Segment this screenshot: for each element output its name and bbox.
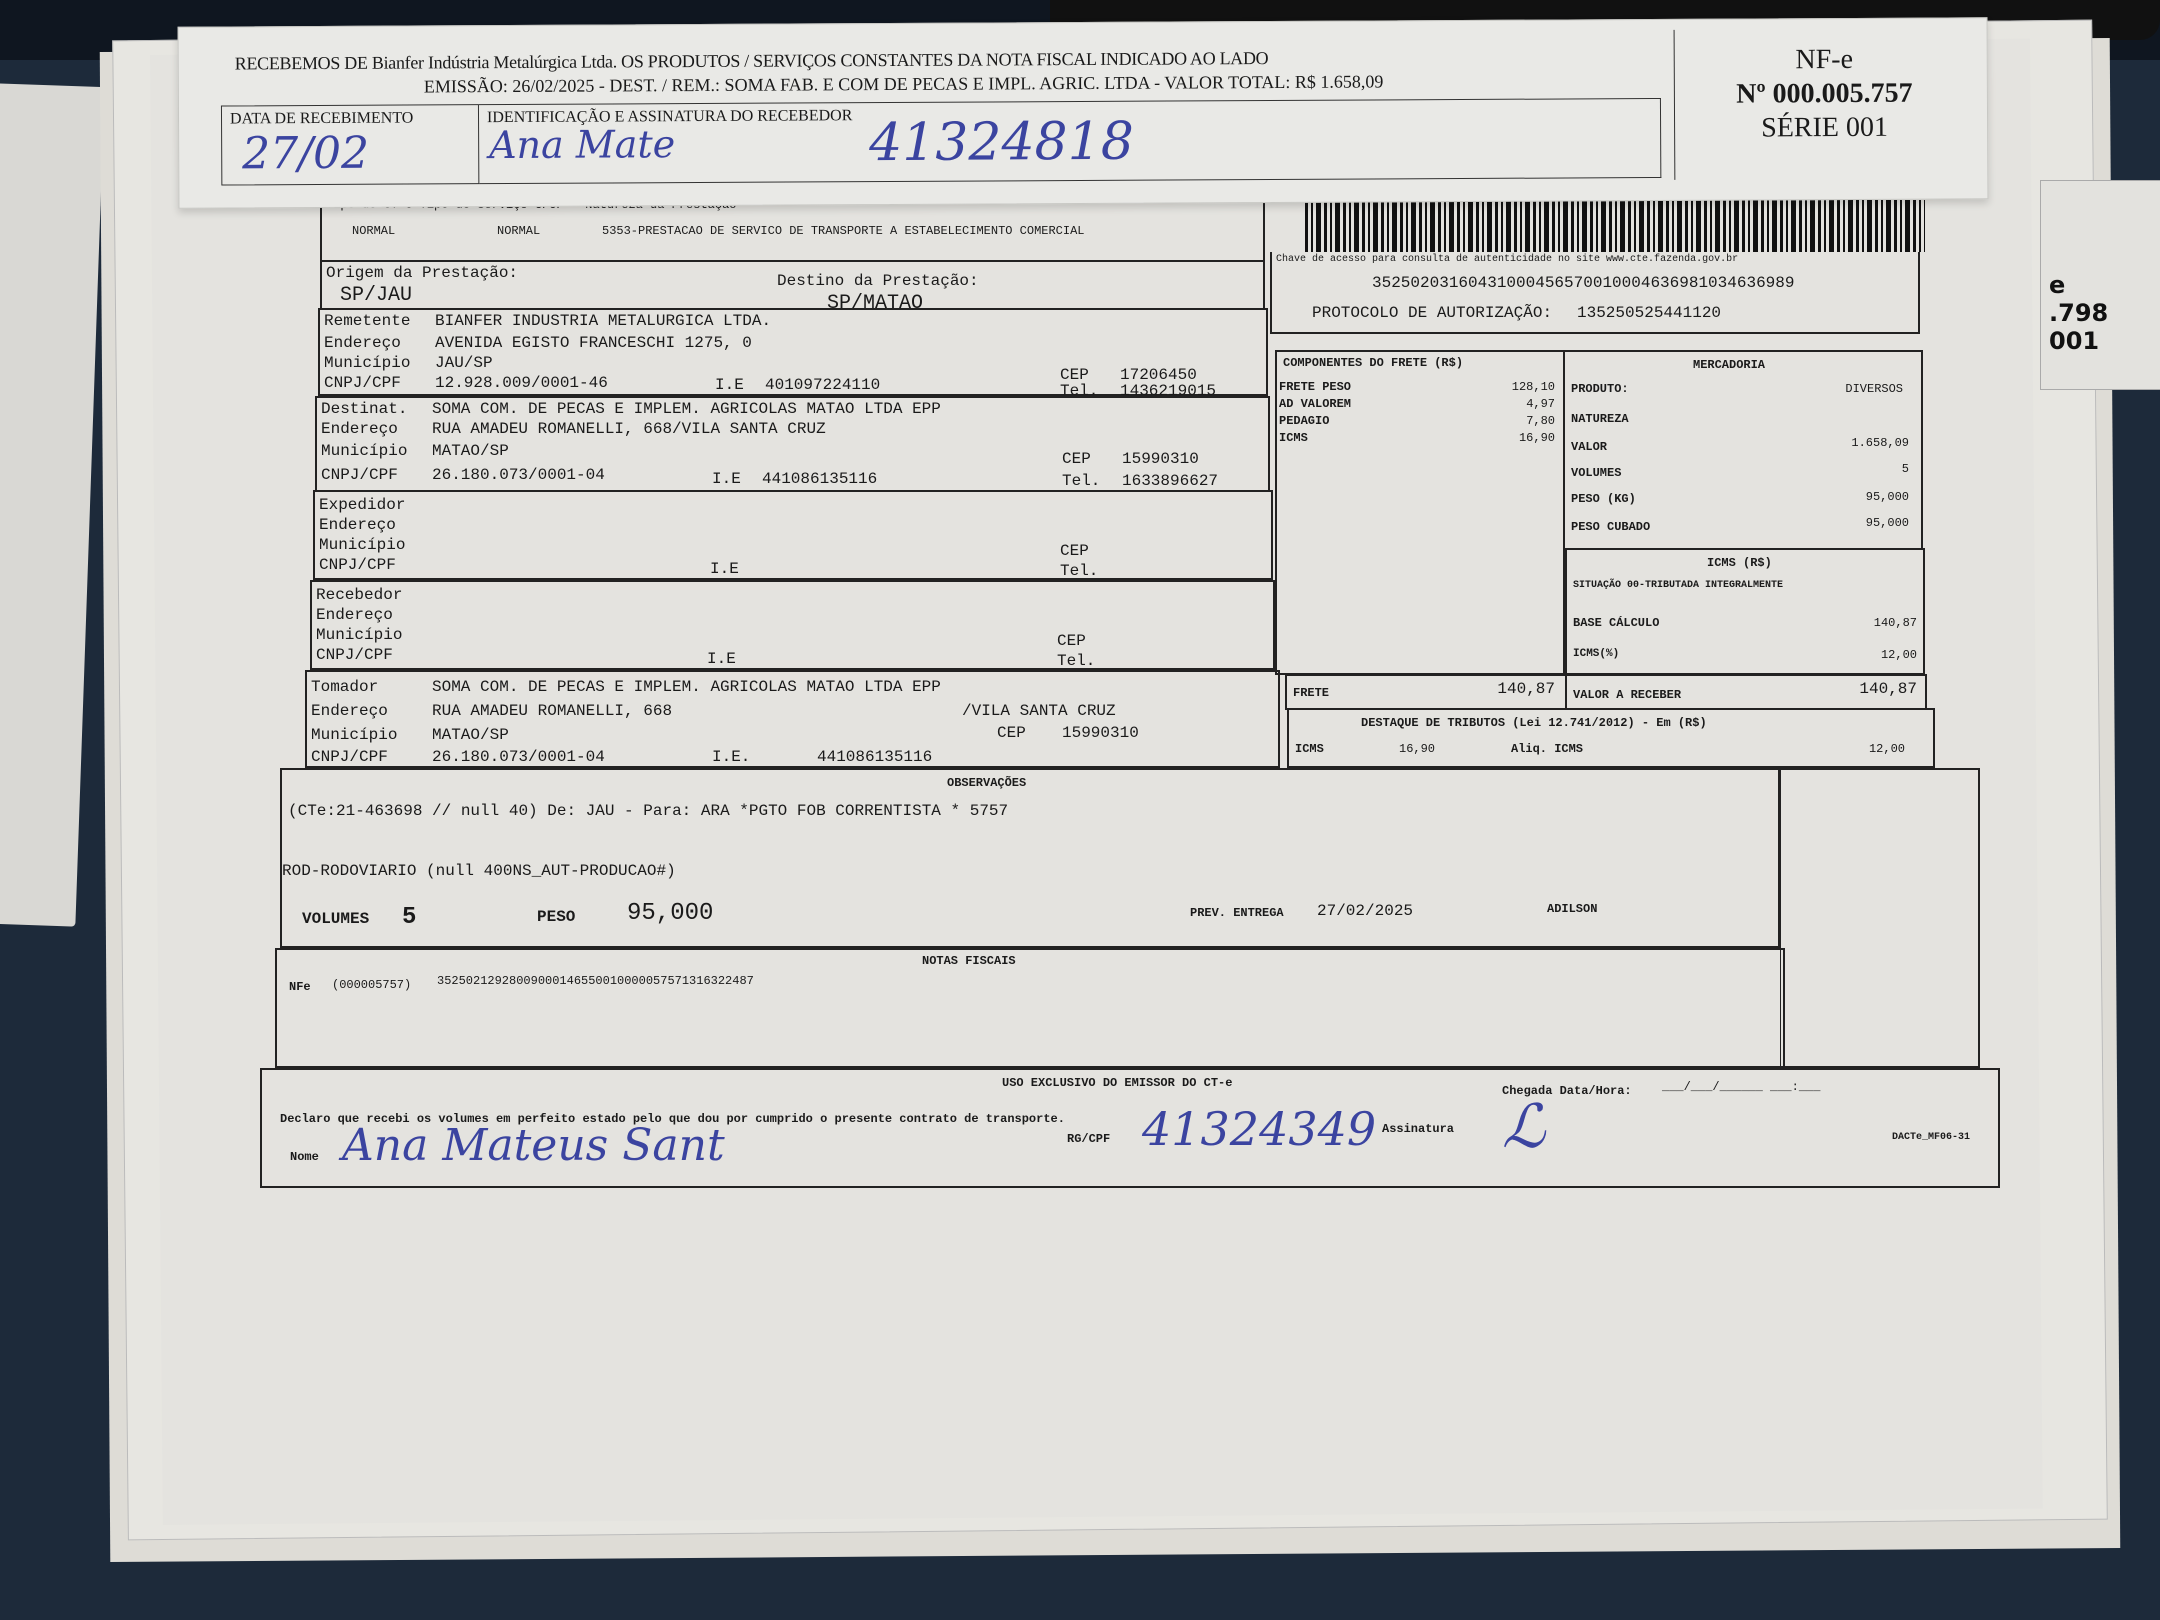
receipt-id-box: IDENTIFICAÇÃO E ASSINATURA DO RECEBEDOR … bbox=[479, 98, 1661, 184]
recipient-name: SOMA COM. DE PECAS E IMPLEM. AGRICOLAS M… bbox=[432, 400, 941, 418]
recipient-tel-label: Tel. bbox=[1062, 472, 1100, 490]
freight-item-label: AD VALOREM bbox=[1279, 397, 1351, 411]
payer-cnpj-label: CNPJ/CPF bbox=[311, 748, 388, 766]
sender-section: Remetente BIANFER INDUSTRIA METALURGICA … bbox=[318, 308, 1268, 396]
payer-cnpj: 26.180.073/0001-04 bbox=[432, 748, 605, 766]
recipient-section: Destinat. SOMA COM. DE PECAS E IMPLEM. A… bbox=[315, 396, 1270, 492]
receiver-address-label: Endereço bbox=[316, 606, 393, 624]
destination-label: Destino da Prestação: bbox=[777, 272, 979, 290]
cargo-cubed-weight-label: PESO CUBADO bbox=[1571, 520, 1650, 534]
cargo-weight-label: PESO (KG) bbox=[1571, 492, 1636, 506]
receiver-cnpj-label: CNPJ/CPF bbox=[316, 646, 393, 664]
payer-district: /VILA SANTA CRUZ bbox=[962, 702, 1116, 720]
receipt-date-box: DATA DE RECEBIMENTO 27/02 bbox=[221, 104, 479, 185]
taxes-icms-value: 16,90 bbox=[1399, 742, 1435, 756]
receipt-line2: EMISSÃO: 26/02/2025 - DEST. / REM.: SOMA… bbox=[424, 71, 1384, 97]
amount-receivable-value: 140,87 bbox=[1859, 680, 1917, 698]
receipt-signature: Ana Mate bbox=[489, 122, 675, 167]
recipient-cep: 15990310 bbox=[1122, 450, 1199, 468]
shipper-section: Expedidor Endereço Município CNPJ/CPF I.… bbox=[313, 490, 1273, 580]
sender-cnpj: 12.928.009/0001-46 bbox=[435, 374, 608, 392]
receiver-ie-label: I.E bbox=[707, 650, 736, 668]
recipient-address-label: Endereço bbox=[321, 420, 398, 438]
icms-base: 140,87 bbox=[1874, 616, 1917, 630]
cargo-weight: 95,000 bbox=[1866, 490, 1909, 504]
payer-cep-label: CEP bbox=[997, 724, 1026, 742]
cte-type: NORMAL bbox=[352, 224, 395, 238]
taxes-icms-label: ICMS bbox=[1295, 742, 1324, 756]
cargo-cubed-weight: 95,000 bbox=[1866, 516, 1909, 530]
cargo-product: DIVERSOS bbox=[1845, 382, 1903, 396]
service-type: NORMAL bbox=[497, 224, 540, 238]
amount-receivable-box: VALOR A RECEBER 140,87 bbox=[1565, 674, 1927, 710]
receiver-label: Recebedor bbox=[316, 586, 402, 604]
payer-name: SOMA COM. DE PECAS E IMPLEM. AGRICOLAS M… bbox=[432, 678, 941, 696]
taxes-section: DESTAQUE DE TRIBUTOS (Lei 12.741/2012) -… bbox=[1287, 708, 1935, 768]
receipt-stub: RECEBEMOS DE Bianfer Indústria Metalúrgi… bbox=[178, 17, 1989, 208]
cargo-product-label: PRODUTO: bbox=[1571, 382, 1629, 396]
protocol-number: 135250525441120 bbox=[1577, 304, 1721, 322]
invoice-number: (000005757) bbox=[332, 978, 411, 992]
barcode bbox=[1305, 200, 1925, 252]
observations-side-box bbox=[1780, 768, 1980, 1068]
route-section: Origem da Prestação: SP/JAU Destino da P… bbox=[320, 260, 1265, 310]
driver-name: ADILSON bbox=[1547, 902, 1597, 916]
freight-total-value: 140,87 bbox=[1497, 680, 1555, 698]
rg-label: RG/CPF bbox=[1067, 1132, 1110, 1146]
access-key: 3525020316043100045657001000463698103463… bbox=[1372, 274, 1794, 292]
carrier-use-section: USO EXCLUSIVO DO EMISSOR DO CT-e Declaro… bbox=[260, 1068, 2000, 1188]
carrier-use-title: USO EXCLUSIVO DO EMISSOR DO CT-e bbox=[1002, 1076, 1232, 1090]
origin-label: Origem da Prestação: bbox=[326, 264, 518, 282]
taxes-rate-label: Aliq. ICMS bbox=[1511, 742, 1583, 756]
signature-mark-icon: ℒ bbox=[1502, 1092, 1545, 1162]
shipper-address-label: Endereço bbox=[319, 516, 396, 534]
freight-total-label: FRETE bbox=[1293, 686, 1329, 700]
icms-section: ICMS (R$) SITUAÇÃO 00-TRIBUTADA INTEGRAL… bbox=[1565, 548, 1925, 675]
freight-item-value: 16,90 bbox=[1519, 431, 1555, 445]
freight-total-box: FRETE 140,87 bbox=[1285, 674, 1567, 710]
shipper-label: Expedidor bbox=[319, 496, 405, 514]
cargo-volumes: 5 bbox=[1902, 462, 1909, 476]
side-paper-left bbox=[0, 83, 105, 926]
observations-section: OBSERVAÇÕES (CTe:21-463698 // null 40) D… bbox=[280, 768, 1780, 948]
invoices-title: NOTAS FISCAIS bbox=[922, 954, 1016, 968]
cargo-nature-label: NATUREZA bbox=[1571, 412, 1629, 426]
payer-city-label: Município bbox=[311, 726, 397, 744]
payer-label: Tomador bbox=[311, 678, 378, 696]
recipient-label: Destinat. bbox=[321, 400, 407, 418]
origin-value: SP/JAU bbox=[340, 284, 412, 307]
amount-receivable-label: VALOR A RECEBER bbox=[1573, 688, 1681, 702]
freight-item-value: 4,97 bbox=[1526, 397, 1555, 411]
observations-title: OBSERVAÇÕES bbox=[947, 776, 1026, 790]
nfe-number: Nº 000.005.757 bbox=[1675, 76, 1974, 112]
delivery-forecast-label: PREV. ENTREGA bbox=[1190, 906, 1284, 920]
dacte-form: Tipo do CT-e Tipo do Serviço CFOP - Natu… bbox=[255, 190, 1995, 1240]
sender-ie-label: I.E bbox=[715, 376, 744, 394]
form-code: DACTe_MF06-31 bbox=[1892, 1132, 1970, 1143]
protocol-label: PROTOCOLO DE AUTORIZAÇÃO: bbox=[1312, 304, 1552, 322]
invoices-section: NOTAS FISCAIS NFe (000005757) 3525021292… bbox=[275, 948, 1785, 1068]
name-signature: Ana Mateus Sant bbox=[342, 1120, 725, 1171]
recipient-address: RUA AMADEU ROMANELLI, 668/VILA SANTA CRU… bbox=[432, 420, 826, 438]
freight-item-label: FRETE PESO bbox=[1279, 380, 1351, 394]
recipient-cnpj-label: CNPJ/CPF bbox=[321, 466, 398, 484]
sender-address: AVENIDA EGISTO FRANCESCHI 1275, 0 bbox=[435, 334, 752, 352]
payer-address: RUA AMADEU ROMANELLI, 668 bbox=[432, 702, 672, 720]
name-label: Nome bbox=[290, 1150, 319, 1164]
cargo-value: 1.658,09 bbox=[1851, 436, 1909, 450]
receipt-date-label: DATA DE RECEBIMENTO bbox=[230, 110, 413, 129]
receiver-cep-label: CEP bbox=[1057, 632, 1086, 650]
receiver-tel-label: Tel. bbox=[1057, 652, 1095, 670]
side-slip-right: e .798 001 bbox=[2040, 180, 2160, 390]
shipper-city-label: Município bbox=[319, 536, 405, 554]
observations-volumes: 5 bbox=[402, 904, 416, 931]
observations-weight-label: PESO bbox=[537, 908, 575, 926]
receipt-date-handwritten: 27/02 bbox=[242, 128, 369, 180]
recipient-ie-label: I.E bbox=[712, 470, 741, 488]
receiver-city-label: Município bbox=[316, 626, 402, 644]
delivery-forecast-date: 27/02/2025 bbox=[1317, 902, 1413, 920]
sender-city: JAU/SP bbox=[435, 354, 493, 372]
nfe-title: NF-e bbox=[1675, 42, 1974, 78]
access-key-caption: Chave de acesso para consulta de autenti… bbox=[1276, 254, 1738, 265]
icms-title: ICMS (R$) bbox=[1707, 556, 1772, 570]
icms-rate: 12,00 bbox=[1881, 648, 1917, 662]
recipient-cep-label: CEP bbox=[1062, 450, 1091, 468]
receiver-section: Recebedor Endereço Município CNPJ/CPF I.… bbox=[310, 580, 1275, 670]
receipt-line1: RECEBEMOS DE Bianfer Indústria Metalúrgi… bbox=[235, 48, 1269, 74]
receipt-id-handwritten: 41324818 bbox=[869, 112, 1134, 173]
freight-item-label: PEDAGIO bbox=[1279, 414, 1329, 428]
shipper-cnpj-label: CNPJ/CPF bbox=[319, 556, 396, 574]
rg-handwritten: 41324349 bbox=[1142, 1102, 1376, 1156]
icms-situation: SITUAÇÃO 00-TRIBUTADA INTEGRALMENTE bbox=[1573, 580, 1783, 591]
recipient-tel: 1633896627 bbox=[1122, 472, 1218, 490]
shipper-ie-label: I.E bbox=[710, 560, 739, 578]
taxes-title: DESTAQUE DE TRIBUTOS (Lei 12.741/2012) -… bbox=[1361, 716, 1707, 730]
side-slip-line3: 001 bbox=[2049, 327, 2108, 355]
observations-weight: 95,000 bbox=[627, 900, 713, 927]
icms-base-label: BASE CÁLCULO bbox=[1573, 616, 1659, 630]
payer-section: Tomador SOMA COM. DE PECAS E IMPLEM. AGR… bbox=[305, 670, 1280, 768]
freight-item-value: 128,10 bbox=[1512, 380, 1555, 394]
cargo-title: MERCADORIA bbox=[1693, 358, 1765, 372]
payer-city: MATAO/SP bbox=[432, 726, 509, 744]
taxes-rate-value: 12,00 bbox=[1869, 742, 1905, 756]
invoice-label: NFe bbox=[289, 980, 311, 994]
cargo-section: MERCADORIA PRODUTO: DIVERSOS NATUREZA VA… bbox=[1563, 350, 1923, 550]
shipper-tel-label: Tel. bbox=[1060, 562, 1098, 580]
freight-item-value: 7,80 bbox=[1526, 414, 1555, 428]
sender-name: BIANFER INDUSTRIA METALURGICA LTDA. bbox=[435, 312, 771, 330]
side-slip-line1: e bbox=[2049, 271, 2108, 299]
cargo-value-label: VALOR bbox=[1571, 440, 1607, 454]
cfop: 5353-PRESTACAO DE SERVICO DE TRANSPORTE … bbox=[602, 224, 1084, 238]
recipient-cnpj: 26.180.073/0001-04 bbox=[432, 466, 605, 484]
invoice-key: 3525021292800900014655001000005757131632… bbox=[437, 974, 754, 988]
sender-address-label: Endereço bbox=[324, 334, 401, 352]
freight-item-label: ICMS bbox=[1279, 431, 1308, 445]
side-slip-line2: .798 bbox=[2049, 299, 2108, 327]
sender-city-label: Município bbox=[324, 354, 410, 372]
recipient-city: MATAO/SP bbox=[432, 442, 509, 460]
access-key-section: Chave de acesso para consulta de autenti… bbox=[1270, 252, 1920, 334]
payer-ie: 441086135116 bbox=[817, 748, 932, 766]
signature-label: Assinatura bbox=[1382, 1122, 1454, 1136]
cargo-volumes-label: VOLUMES bbox=[1571, 466, 1621, 480]
freight-components-title: COMPONENTES DO FRETE (R$) bbox=[1283, 356, 1463, 370]
observations-line2: ROD-RODOVIARIO (null 400NS_AUT-PRODUCAO#… bbox=[282, 862, 676, 880]
freight-components-section: COMPONENTES DO FRETE (R$) FRETE PESO 128… bbox=[1275, 350, 1565, 675]
payer-ie-label: I.E. bbox=[712, 748, 750, 766]
recipient-ie: 441086135116 bbox=[762, 470, 877, 488]
icms-rate-label: ICMS(%) bbox=[1573, 648, 1619, 660]
sender-ie: 401097224110 bbox=[765, 376, 880, 394]
arrival-datetime-field[interactable]: ___/___/______ ___:___ bbox=[1662, 1080, 1820, 1094]
nfe-series: SÉRIE 001 bbox=[1675, 110, 1974, 146]
sender-cnpj-label: CNPJ/CPF bbox=[324, 374, 401, 392]
observations-line1: (CTe:21-463698 // null 40) De: JAU - Par… bbox=[288, 802, 1008, 820]
nfe-number-box: NF-e Nº 000.005.757 SÉRIE 001 bbox=[1674, 28, 1975, 180]
sender-label: Remetente bbox=[324, 312, 410, 330]
shipper-cep-label: CEP bbox=[1060, 542, 1089, 560]
payer-address-label: Endereço bbox=[311, 702, 388, 720]
payer-cep: 15990310 bbox=[1062, 724, 1139, 742]
observations-volumes-label: VOLUMES bbox=[302, 910, 369, 928]
recipient-city-label: Município bbox=[321, 442, 407, 460]
